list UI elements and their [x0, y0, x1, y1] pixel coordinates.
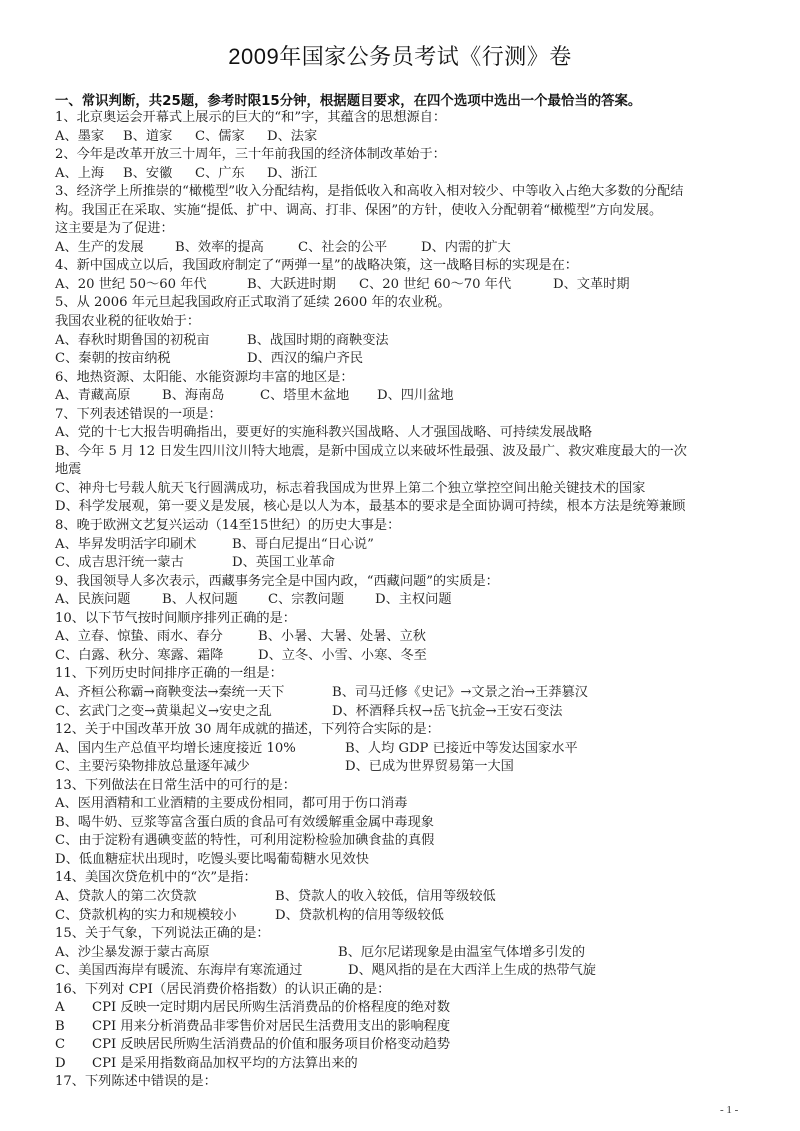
- question-7-option-b: B、今年 5 月 12 日发生四川汶川特大地震，是新中国成立以来破坏性最强、波及…: [55, 443, 745, 462]
- question-13-option-c: C、由于淀粉有遇碘变蓝的特性，可利用淀粉检验加碘食盐的真假: [55, 832, 745, 851]
- option-a: A、毕昇发明活字印刷术: [55, 536, 196, 555]
- question-stem: 2、今年是改革开放三十周年，三十年前我国的经济体制改革始于：: [55, 146, 446, 165]
- question-8-options-row2: C、成吉思汗统一蒙古 D、英国工业革命: [55, 554, 745, 573]
- option-b: B、效率的提高: [175, 239, 264, 258]
- option-b: B、小暑、大暑、处暑、立秋: [258, 628, 426, 647]
- option-a: A、沙尘暴发源于蒙古高原: [55, 944, 210, 963]
- option-d: D、主权问题: [375, 591, 452, 610]
- option-b: B、人均 GDP 已接近中等发达国家水平: [345, 740, 578, 759]
- question-6: 6、地热资源、太阳能、水能资源均丰富的地区是：: [55, 369, 745, 388]
- option-c: C、社会的公平: [298, 239, 387, 258]
- question-12: 12、关于中国改革开放 30 周年成就的描述，下列符合实际的是：: [55, 721, 745, 740]
- option-c: C、塔里木盆地: [260, 387, 349, 406]
- question-13-option-b: B、喝牛奶、豆浆等富含蛋白质的食品可有效缓解重金属中毒现象: [55, 814, 745, 833]
- question-stem: 4、新中国成立以后，我国政府制定了“两弹一星”的战略决策，这一战略目标的实现是在…: [55, 257, 578, 276]
- question-2-options: A、上海 B、安徽 C、广东 D、浙江: [55, 165, 745, 184]
- question-stem-line: 构。我国正在采取、实施“提低、扩中、调高、打非、保困”的方针，使收入分配朝着“橄…: [55, 202, 662, 221]
- option-d: D、科学发展观，第一要义是发展，核心是以人为本，最基本的要求是全面协调可持续，根…: [55, 498, 685, 517]
- question-10-options-row1: A、立春、惊蛰、雨水、春分 B、小暑、大暑、处暑、立秋: [55, 628, 745, 647]
- option-a: A、生产的发展: [55, 239, 144, 258]
- question-16-option-c: C CPI 反映居民所购生活消费品的价值和服务项目价格变动趋势: [55, 1036, 745, 1055]
- option-a: A、医用酒精和工业酒精的主要成份相同，都可用于伤口消毒: [55, 795, 407, 814]
- question-5-options-row1: A、春秋时期鲁国的初税亩 B、战国时期的商鞅变法: [55, 332, 745, 351]
- option-d: D、立冬、小雪、小寒、冬至: [258, 647, 427, 666]
- option-a: A、民族问题: [55, 591, 130, 610]
- question-stem: 6、地热资源、太阳能、水能资源均丰富的地区是：: [55, 369, 354, 388]
- exam-page: 2009年国家公务员考试《行测》卷 一、常识判断，共25题，参考时限15分钟，根…: [0, 0, 800, 1131]
- option-d: D、飓风指的是在大西洋上生成的热带气旋: [348, 962, 596, 981]
- option-b: B、海南岛: [162, 387, 224, 406]
- option-d: D、法家: [267, 128, 317, 147]
- option-d: D、浙江: [267, 165, 317, 184]
- option-c: C、秦朝的按亩纳税: [55, 350, 171, 369]
- question-7-option-d: D、科学发展观，第一要义是发展，核心是以人为本，最基本的要求是全面协调可持续，根…: [55, 498, 745, 517]
- option-a: A、上海: [55, 165, 104, 184]
- question-11-options-row2: C、玄武门之变→黄巢起义→安史之乱 D、杯酒释兵权→岳飞抗金→王安石变法: [55, 703, 745, 722]
- question-stem: 3、经济学上所推崇的“橄榄型”收入分配结构，是指低收入和高收入相对较少、中等收入…: [55, 183, 684, 202]
- option-d: D、英国工业革命: [232, 554, 335, 573]
- question-12-options-row2: C、主要污染物排放总量逐年减少 D、已成为世界贸易第一大国: [55, 758, 745, 777]
- question-7-option-a: A、党的十七大报告明确指出，要更好的实施科教兴国战略、人才强国战略、可持续发展战…: [55, 424, 745, 443]
- document-title: 2009年国家公务员考试《行测》卷: [0, 40, 800, 71]
- question-14: 14、美国次贷危机中的“次”是指：: [55, 869, 745, 888]
- option-a: A、立春、惊蛰、雨水、春分: [55, 628, 223, 647]
- option-a: A、青藏高原: [55, 387, 130, 406]
- question-stem: 17、下列陈述中错误的是：: [55, 1073, 217, 1092]
- question-5-stem-cont: 我国农业税的征收始于：: [55, 313, 745, 332]
- option-b: B、司马迁修《史记》→文景之治→王莽篡汉: [332, 684, 588, 703]
- option-text: CPI 用来分析消费品非零售价对居民生活费用支出的影响程度: [92, 1018, 450, 1037]
- option-letter: C: [55, 1036, 65, 1055]
- question-15-options-row2: C、美国西海岸有暖流、东海岸有寒流通过 D、飓风指的是在大西洋上生成的热带气旋: [55, 962, 745, 981]
- question-14-options-row1: A、贷款人的第二次贷款 B、贷款人的收入较低，信用等级较低: [55, 888, 745, 907]
- question-stem: 5、从 2006 年元旦起我国政府正式取消了延续 2600 年的农业税。: [55, 294, 451, 313]
- question-13-option-d: D、低血糖症状出现时，吃馒头要比喝葡萄糖水见效快: [55, 851, 745, 870]
- option-d: D、四川盆地: [377, 387, 454, 406]
- option-c: C、贷款机构的实力和规模较小: [55, 907, 237, 926]
- option-b: B、战国时期的商鞅变法: [247, 332, 389, 351]
- question-15: 15、关于气象，下列说法正确的是：: [55, 925, 745, 944]
- option-d: D、内需的扩大: [421, 239, 511, 258]
- question-7-option-c: C、神舟七号载人航天飞行圆满成功，标志着我国成为世界上第二个独立掌控空间出舱关键…: [55, 480, 745, 499]
- option-d: D、低血糖症状出现时，吃馒头要比喝葡萄糖水见效快: [55, 851, 369, 870]
- question-stem-line: 这主要是为了促进：: [55, 220, 174, 239]
- option-c: C、白露、秋分、寒露、霜降: [55, 647, 223, 666]
- section-heading: 一、常识判断，共25题，参考时限15分钟，根据题目要求，在四个选项中选出一个最恰…: [55, 90, 641, 109]
- option-c: C、玄武门之变→黄巢起义→安史之乱: [55, 703, 272, 722]
- question-1: 1、北京奥运会开幕式上展示的巨大的“和”字，其蕴含的思想源自：: [55, 109, 745, 128]
- question-3-options: A、生产的发展 B、效率的提高 C、社会的公平 D、内需的扩大: [55, 239, 745, 258]
- option-d: D、已成为世界贸易第一大国: [345, 758, 514, 777]
- question-2: 2、今年是改革开放三十周年，三十年前我国的经济体制改革始于：: [55, 146, 745, 165]
- question-7-option-b-cont: 地震: [55, 461, 745, 480]
- option-b: B、今年 5 月 12 日发生四川汶川特大地震，是新中国成立以来破坏性最强、波及…: [55, 443, 687, 462]
- option-c: C、成吉思汗统一蒙古: [55, 554, 184, 573]
- question-stem: 1、北京奥运会开幕式上展示的巨大的“和”字，其蕴含的思想源自：: [55, 109, 446, 128]
- question-16: 16、下列对 CPI（居民消费价格指数）的认识正确的是：: [55, 981, 745, 1000]
- question-stem-line: 我国农业税的征收始于：: [55, 313, 200, 332]
- question-5: 5、从 2006 年元旦起我国政府正式取消了延续 2600 年的农业税。: [55, 294, 745, 313]
- option-c: C、主要污染物排放总量逐年减少: [55, 758, 250, 777]
- option-text: CPI 反映居民所购生活消费品的价值和服务项目价格变动趋势: [92, 1036, 450, 1055]
- question-17: 17、下列陈述中错误的是：: [55, 1073, 745, 1092]
- question-3: 3、经济学上所推崇的“橄榄型”收入分配结构，是指低收入和高收入相对较少、中等收入…: [55, 183, 745, 202]
- option-text: CPI 是采用指数商品加权平均的方法算出来的: [92, 1055, 358, 1074]
- option-b: B、安徽: [123, 165, 172, 184]
- option-a: A、齐桓公称霸→商鞅变法→秦统一天下: [55, 684, 284, 703]
- question-stem: 12、关于中国改革开放 30 周年成就的描述，下列符合实际的是：: [55, 721, 440, 740]
- option-letter: B: [55, 1018, 65, 1037]
- option-d: D、西汉的编户齐民: [247, 350, 363, 369]
- question-16-option-b: B CPI 用来分析消费品非零售价对居民生活费用支出的影响程度: [55, 1018, 745, 1037]
- question-7: 7、下列表述错误的一项是：: [55, 406, 745, 425]
- question-11-options-row1: A、齐桓公称霸→商鞅变法→秦统一天下 B、司马迁修《史记》→文景之治→王莽篡汉: [55, 684, 745, 703]
- question-16-option-d: D CPI 是采用指数商品加权平均的方法算出来的: [55, 1055, 745, 1074]
- question-9-options: A、民族问题 B、人权问题 C、宗教问题 D、主权问题: [55, 591, 745, 610]
- question-8: 8、晚于欧洲文艺复兴运动（14至15世纪）的历史大事是：: [55, 517, 745, 536]
- option-c: C、神舟七号载人航天飞行圆满成功，标志着我国成为世界上第二个独立掌控空间出舱关键…: [55, 480, 645, 499]
- question-stem: 16、下列对 CPI（居民消费价格指数）的认识正确的是：: [55, 981, 390, 1000]
- option-c: C、儒家: [195, 128, 245, 147]
- question-1-options: A、墨家 B、道家 C、儒家 D、法家: [55, 128, 745, 147]
- option-c: C、由于淀粉有遇碘变蓝的特性，可利用淀粉检验加碘食盐的真假: [55, 832, 434, 851]
- question-stem: 14、美国次贷危机中的“次”是指：: [55, 869, 257, 888]
- option-b-continued: 地震: [55, 461, 81, 480]
- question-3-stem-cont: 构。我国正在采取、实施“提低、扩中、调高、打非、保困”的方针，使收入分配朝着“橄…: [55, 202, 745, 221]
- option-b: B、哥白尼提出“日心说”: [232, 536, 374, 555]
- option-b: B、厄尔尼诺现象是由温室气体增多引发的: [338, 944, 585, 963]
- question-13-option-a: A、医用酒精和工业酒精的主要成份相同，都可用于伤口消毒: [55, 795, 745, 814]
- question-list: 1、北京奥运会开幕式上展示的巨大的“和”字，其蕴含的思想源自： A、墨家 B、道…: [55, 109, 745, 1092]
- option-d: D、贷款机构的信用等级较低: [275, 907, 444, 926]
- question-14-options-row2: C、贷款机构的实力和规模较小 D、贷款机构的信用等级较低: [55, 907, 745, 926]
- option-letter: D: [55, 1055, 66, 1074]
- option-c: C、宗教问题: [268, 591, 344, 610]
- question-4-options: A、20 世纪 50～60 年代 B、大跃进时期 C、20 世纪 60～70 年…: [55, 276, 745, 295]
- option-letter: A: [55, 999, 65, 1018]
- option-c: C、20 世纪 60～70 年代: [359, 276, 511, 295]
- option-text: CPI 反映一定时期内居民所购生活消费品的价格程度的绝对数: [92, 999, 450, 1018]
- option-b: B、道家: [123, 128, 172, 147]
- question-16-option-a: A CPI 反映一定时期内居民所购生活消费品的价格程度的绝对数: [55, 999, 745, 1018]
- question-13: 13、下列做法在日常生活中的可行的是：: [55, 777, 745, 796]
- option-a: A、春秋时期鲁国的初税亩: [55, 332, 210, 351]
- question-stem: 9、我国领导人多次表示，西藏事务完全是中国内政，“西藏问题”的实质是：: [55, 573, 499, 592]
- question-9: 9、我国领导人多次表示，西藏事务完全是中国内政，“西藏问题”的实质是：: [55, 573, 745, 592]
- question-stem: 13、下列做法在日常生活中的可行的是：: [55, 777, 296, 796]
- option-c: C、广东: [195, 165, 245, 184]
- question-10-options-row2: C、白露、秋分、寒露、霜降 D、立冬、小雪、小寒、冬至: [55, 647, 745, 666]
- question-5-options-row2: C、秦朝的按亩纳税 D、西汉的编户齐民: [55, 350, 745, 369]
- question-stem: 10、以下节气按时间顺序排列正确的是：: [55, 610, 296, 629]
- option-b: B、喝牛奶、豆浆等富含蛋白质的食品可有效缓解重金属中毒现象: [55, 814, 434, 833]
- option-a: A、墨家: [55, 128, 104, 147]
- question-10: 10、以下节气按时间顺序排列正确的是：: [55, 610, 745, 629]
- option-a: A、党的十七大报告明确指出，要更好的实施科教兴国战略、人才强国战略、可持续发展战…: [55, 424, 592, 443]
- option-d: D、杯酒释兵权→岳飞抗金→王安石变法: [332, 703, 562, 722]
- question-4: 4、新中国成立以后，我国政府制定了“两弹一星”的战略决策，这一战略目标的实现是在…: [55, 257, 745, 276]
- question-stem: 15、关于气象，下列说法正确的是：: [55, 925, 270, 944]
- question-15-options-row1: A、沙尘暴发源于蒙古高原 B、厄尔尼诺现象是由温室气体增多引发的: [55, 944, 745, 963]
- question-stem: 8、晚于欧洲文艺复兴运动（14至15世纪）的历史大事是：: [55, 517, 400, 536]
- question-stem: 11、下列历史时间排序正确的一组是：: [55, 665, 283, 684]
- question-8-options-row1: A、毕昇发明活字印刷术 B、哥白尼提出“日心说”: [55, 536, 745, 555]
- option-b: B、人权问题: [162, 591, 238, 610]
- page-number: - 1 -: [720, 1104, 738, 1116]
- question-3-stem-cont: 这主要是为了促进：: [55, 220, 745, 239]
- option-a: A、贷款人的第二次贷款: [55, 888, 196, 907]
- option-b: B、贷款人的收入较低，信用等级较低: [275, 888, 496, 907]
- question-12-options-row1: A、国内生产总值平均增长速度接近 10% B、人均 GDP 已接近中等发达国家水…: [55, 740, 745, 759]
- option-a: A、20 世纪 50～60 年代: [55, 276, 207, 295]
- option-d: D、文革时期: [553, 276, 630, 295]
- option-b: B、大跃进时期: [247, 276, 336, 295]
- question-stem: 7、下列表述错误的一项是：: [55, 406, 222, 425]
- option-a: A、国内生产总值平均增长速度接近 10%: [55, 740, 296, 759]
- question-11: 11、下列历史时间排序正确的一组是：: [55, 665, 745, 684]
- option-c: C、美国西海岸有暖流、东海岸有寒流通过: [55, 962, 302, 981]
- question-6-options: A、青藏高原 B、海南岛 C、塔里木盆地 D、四川盆地: [55, 387, 745, 406]
